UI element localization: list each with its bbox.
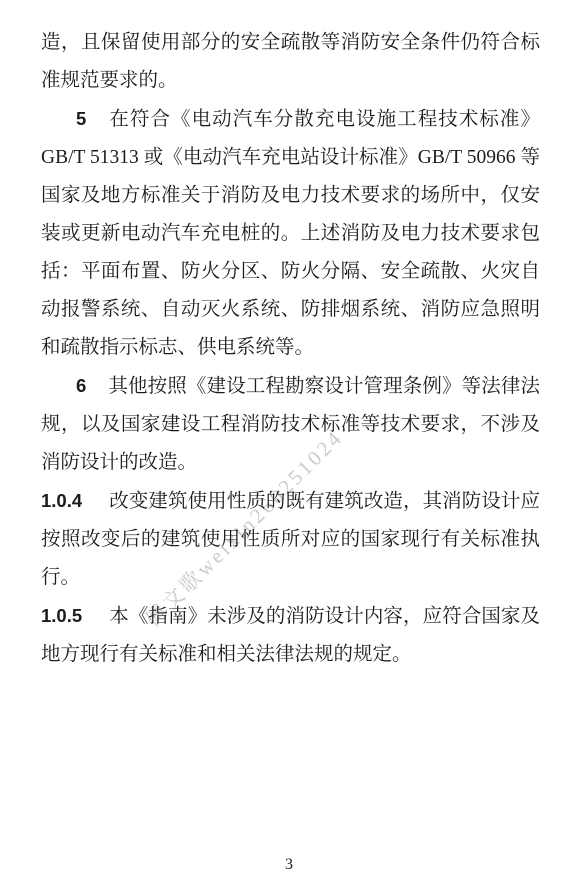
clause-1-0-5: 1.0.5本《指南》未涉及的消防设计内容，应符合国家及地方现行有关标准和相关法律… <box>41 597 540 674</box>
document-page: 傅文歌weixin260251024 造，且保留使用部分的安全疏散等消防安全条件… <box>0 0 578 896</box>
document-body: 造，且保留使用部分的安全疏散等消防安全条件仍符合标准规范要求的。 5在符合《电动… <box>41 24 540 674</box>
clause-number: 1.0.5 <box>41 605 82 626</box>
clause-1-0-4: 1.0.4改变建筑使用性质的既有建筑改造，其消防设计应按照改变后的建筑使用性质所… <box>41 482 540 597</box>
list-number: 6 <box>76 375 86 396</box>
page-number: 3 <box>0 856 578 874</box>
list-number: 5 <box>76 108 86 129</box>
list-item-text: 在符合《电动汽车分散充电设施工程技术标准》GB/T 51313 或《电动汽车充电… <box>41 109 540 358</box>
list-item-text: 其他按照《建设工程勘察设计管理条例》等法律法规，以及国家建设工程消防技术标准等技… <box>41 376 540 473</box>
clause-text: 本《指南》未涉及的消防设计内容，应符合国家及地方现行有关标准和相关法律法规的规定… <box>41 606 540 665</box>
list-item-6: 6其他按照《建设工程勘察设计管理条例》等法律法规，以及国家建设工程消防技术标准等… <box>41 367 540 482</box>
clause-number: 1.0.4 <box>41 490 82 511</box>
list-item-5: 5在符合《电动汽车分散充电设施工程技术标准》GB/T 51313 或《电动汽车充… <box>41 100 540 367</box>
paragraph-continuation: 造，且保留使用部分的安全疏散等消防安全条件仍符合标准规范要求的。 <box>41 24 540 100</box>
clause-text: 改变建筑使用性质的既有建筑改造，其消防设计应按照改变后的建筑使用性质所对应的国家… <box>41 491 540 588</box>
